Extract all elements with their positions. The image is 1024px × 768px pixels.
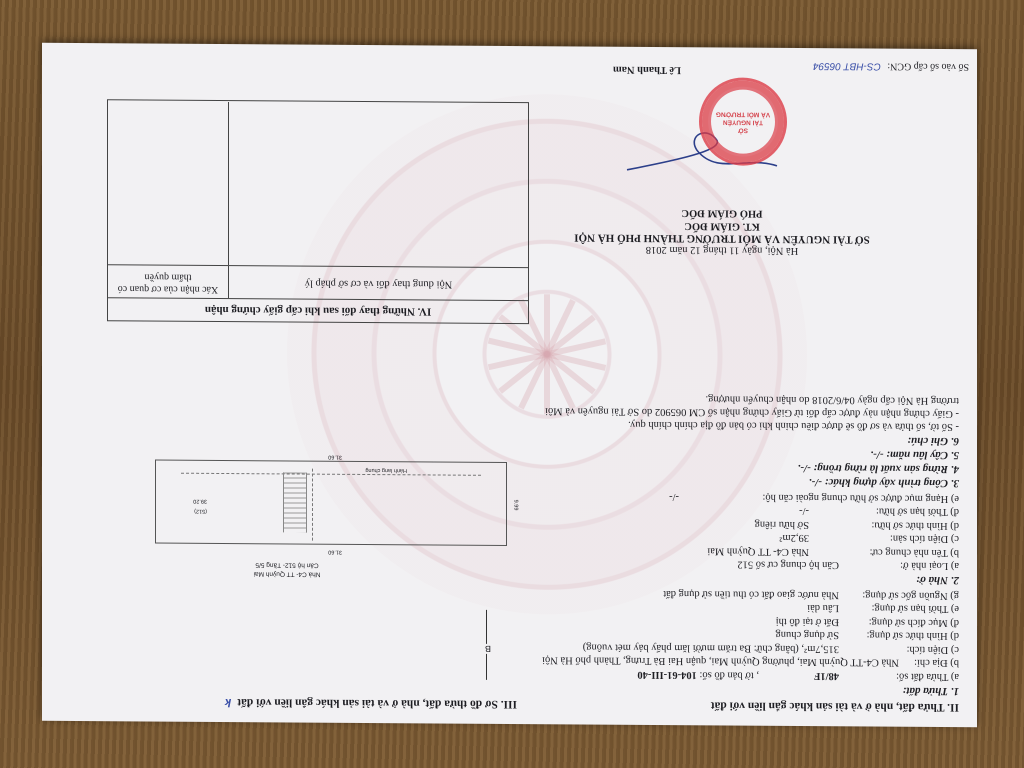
area: 315,7m², (bằng chữ: Ba trăm mười lăm phẩ… <box>583 640 839 655</box>
dim-bottom: 31.60 <box>328 454 342 460</box>
corridor-label: Hành lang chung <box>365 467 407 473</box>
note-2: - Giấy chứng nhận này được cấp đổi từ Gi… <box>529 392 959 421</box>
dim-top: 31.60 <box>328 549 342 555</box>
col-confirmation: Xác nhận của cơ quan có thẩm quyền <box>108 265 228 298</box>
section-iii: III. Sơ đồ thửa đất, nhà ở và tài sản kh… <box>57 463 517 710</box>
signature-block: Hà Nội, ngày 11 tháng 12 năm 2018 SỞ TÀI… <box>507 205 937 257</box>
apartment-label: (512) <box>194 508 207 514</box>
floor-plan: 31.60 Hành lang chung (512) 39.20 31.60 … <box>157 464 507 556</box>
section-ii: II. Thửa đất, nhà ở và tài sản khác gắn … <box>529 392 959 714</box>
registry-number: Số vào sổ cấp GCN: CS-HBT 06594 <box>813 60 969 72</box>
land-heading: 1. Thửa đất: <box>529 682 959 697</box>
address: Nhà C4-TT Quỳnh Mai, phường Quỳnh Mai, q… <box>542 653 899 669</box>
col-changes: Nội dung thay đổi và cơ sở pháp lý <box>228 266 528 300</box>
official-stamp: SỞ TÀI NGUYÊN VÀ MÔI TRƯỜNG <box>699 77 787 166</box>
north-label: B <box>485 644 491 654</box>
section-iv-table: IV. Những thay đổi sau khi cấp giấy chứn… <box>107 99 529 324</box>
signer-name: Lê Thanh Nam <box>547 63 747 75</box>
staircase <box>283 472 307 532</box>
certificate-page: II. Thửa đất, nhà ở và tài sản khác gắn … <box>42 43 977 728</box>
confirmation-cell <box>108 101 228 265</box>
section-ii-title: II. Thửa đất, nhà ở và tài sản khác gắn … <box>529 698 959 713</box>
section-iv-title: IV. Những thay đổi sau khi cấp giấy chứn… <box>108 297 528 323</box>
changes-cell <box>228 102 528 267</box>
map-sheet-no: 104-61-III-40 <box>637 667 697 681</box>
section-iii-title: III. Sơ đồ thửa đất, nhà ở và tài sản kh… <box>237 696 517 710</box>
house-heading: 2. Nhà ở: <box>529 572 959 587</box>
dim-side: 9.99 <box>513 500 519 511</box>
apartment-area: 39.20 <box>193 498 207 504</box>
parcel-no: 48/1F <box>759 668 839 682</box>
note-1: - Số tờ, số thửa và sơ đồ sẽ được điều c… <box>529 418 959 434</box>
